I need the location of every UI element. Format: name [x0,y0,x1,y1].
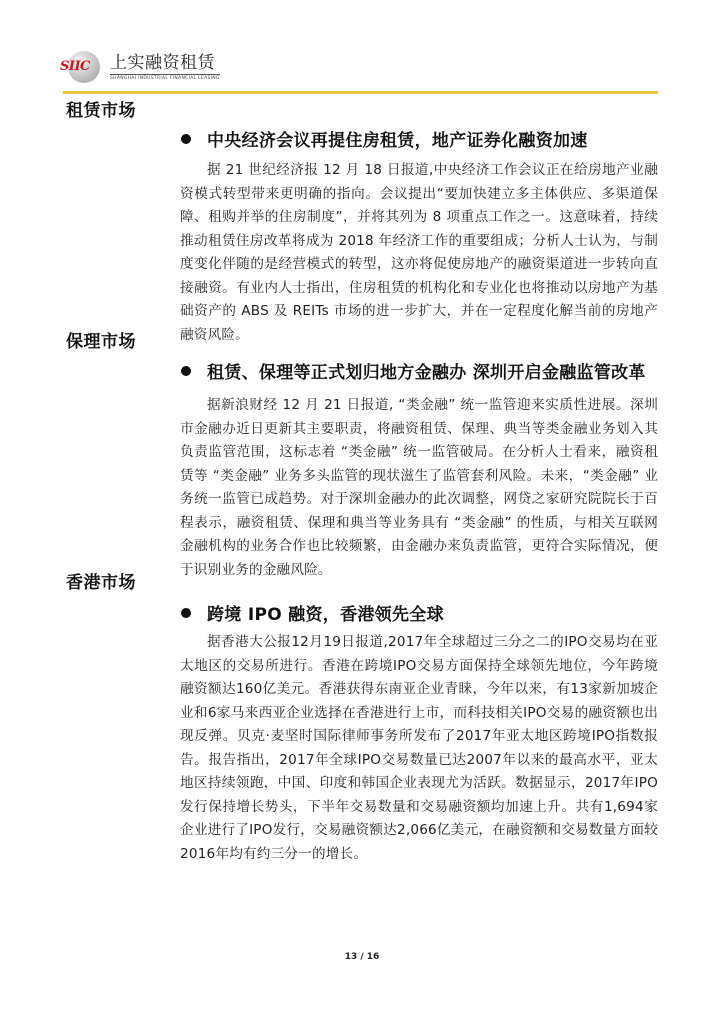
article-heading-hongkong: 跨境 IPO 融资，香港领先全球 [181,600,444,625]
company-name: 上实融资租赁 SHANGHAI INDUSTRIAL FINANCIAL LEA… [110,53,220,82]
page-number: 13 / 16 [0,952,724,962]
article-heading-text: 租赁、保理等正式划归地方金融办 深圳开启金融监管改革 [207,358,646,383]
article-body-leasing: 据 21 世纪经济报 12 月 18 日报道,中央经济工作会议正在给房地产业融资… [180,159,658,347]
company-name-en: SHANGHAI INDUSTRIAL FINANCIAL LEASING [110,75,220,82]
article-body-hongkong: 据香港大公报12月19日报道,2017年全球超过三分之二的IPO交易均在亚太地区… [180,631,658,866]
bullet-icon [181,366,191,376]
article-heading-text: 跨境 IPO 融资，香港领先全球 [207,600,444,625]
section-title-hongkong: 香港市场 [66,568,136,593]
siic-logo-icon: SIIC [60,49,104,85]
article-heading-factoring: 租赁、保理等正式划归地方金融办 深圳开启金融监管改革 [181,358,646,383]
section-title-leasing: 租赁市场 [66,96,136,121]
article-heading-leasing: 中央经济会议再提住房租赁，地产证券化融资加速 [181,126,588,151]
bullet-icon [181,608,191,618]
article-body-factoring: 据新浪财经 12 月 21 日报道, “类金融” 统一监管迎来实质性进展。深圳市… [180,394,658,582]
section-title-factoring: 保理市场 [66,327,136,352]
bullet-icon [181,134,191,144]
header-divider [63,91,658,94]
document-header: SIIC 上实融资租赁 SHANGHAI INDUSTRIAL FINANCIA… [60,48,220,86]
logo-mark-text: SIIC [60,60,90,74]
article-heading-text: 中央经济会议再提住房租赁，地产证券化融资加速 [207,126,588,151]
company-name-cn: 上实融资租赁 [110,53,220,75]
